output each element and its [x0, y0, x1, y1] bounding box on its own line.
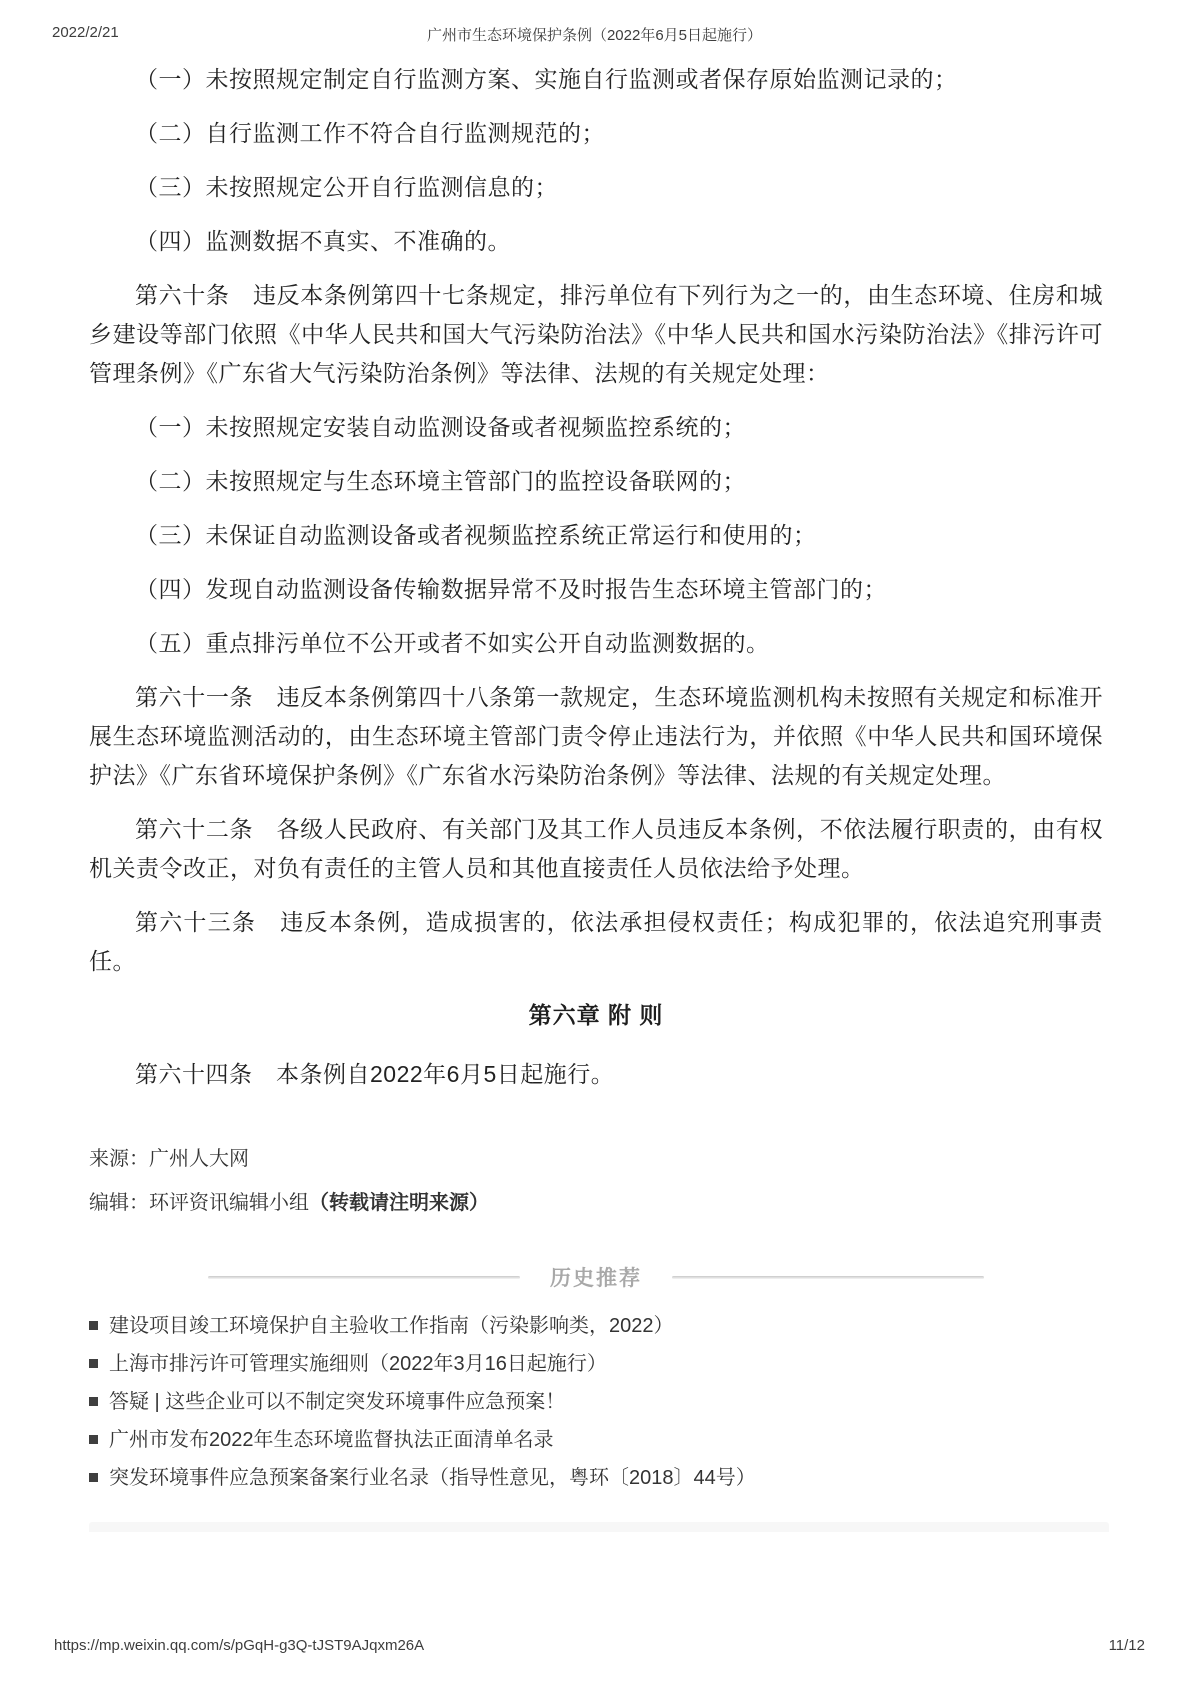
reprint-notice: （转载请注明来源）	[309, 1192, 489, 1214]
history-divider: 历史推荐	[89, 1262, 1103, 1292]
history-item-text: 突发环境事件应急预案备案行业名录（指导性意见，粤环〔2018〕44号）	[109, 1467, 756, 1489]
clause-subitem: （三）未按照规定公开自行监测信息的；	[89, 168, 1103, 207]
chapter-heading: 第六章 附 则	[89, 996, 1103, 1035]
history-list-item: 建设项目竣工环境保护自主验收工作指南（污染影响类，2022）	[89, 1312, 1103, 1340]
history-item-text: 上海市排污许可管理实施细则（2022年3月16日起施行）	[109, 1353, 607, 1375]
history-list: 建设项目竣工环境保护自主验收工作指南（污染影响类，2022） 上海市排污许可管理…	[89, 1312, 1103, 1492]
history-list-item: 答疑 | 这些企业可以不制定突发环境事件应急预案！	[89, 1388, 1103, 1416]
history-item-text: 答疑 | 这些企业可以不制定突发环境事件应急预案！	[109, 1391, 565, 1413]
truncated-next-block	[89, 1522, 1109, 1532]
clause-subitem: （三）未保证自动监测设备或者视频监控系统正常运行和使用的；	[89, 516, 1103, 555]
bullet-square-icon	[89, 1321, 98, 1330]
bullet-square-icon	[89, 1359, 98, 1368]
clause-subitem: （四）监测数据不真实、不准确的。	[89, 222, 1103, 261]
divider-line-left	[208, 1276, 520, 1279]
editor-text: 编辑：环评资讯编辑小组	[89, 1192, 309, 1214]
history-item-text: 广州市发布2022年生态环境监督执法正面清单名录	[109, 1429, 554, 1451]
document-page: 2022/2/21 广州市生态环境保护条例（2022年6月5日起施行） （一）未…	[0, 0, 1189, 1683]
article-content: （一）未按照规定制定自行监测方案、实施自行监测或者保存原始监测记录的； （二）自…	[89, 60, 1103, 1532]
history-list-item: 上海市排污许可管理实施细则（2022年3月16日起施行）	[89, 1350, 1103, 1378]
clause-subitem: （五）重点排污单位不公开或者不如实公开自动监测数据的。	[89, 624, 1103, 663]
clause-subitem: （一）未按照规定制定自行监测方案、实施自行监测或者保存原始监测记录的；	[89, 60, 1103, 99]
bullet-square-icon	[89, 1397, 98, 1406]
document-title: 广州市生态环境保护条例（2022年6月5日起施行）	[0, 24, 1189, 45]
article-clause-61: 第六十一条 违反本条例第四十八条第一款规定，生态环境监测机构未按照有关规定和标准…	[89, 678, 1103, 795]
clause-subitem: （一）未按照规定安装自动监测设备或者视频监控系统的；	[89, 408, 1103, 447]
bullet-square-icon	[89, 1435, 98, 1444]
clause-subitem: （四）发现自动监测设备传输数据异常不及时报告生态环境主管部门的；	[89, 570, 1103, 609]
clause-subitem: （二）未按照规定与生态环境主管部门的监控设备联网的；	[89, 462, 1103, 501]
history-list-item: 广州市发布2022年生态环境监督执法正面清单名录	[89, 1426, 1103, 1454]
print-footer: https://mp.weixin.qq.com/s/pGqH-g3Q-tJST…	[0, 1637, 1189, 1657]
source-line: 来源：广州人大网	[89, 1144, 1103, 1174]
bullet-square-icon	[89, 1473, 98, 1482]
article-clause-63: 第六十三条 违反本条例，造成损害的，依法承担侵权责任；构成犯罪的，依法追究刑事责…	[89, 903, 1103, 981]
clause-subitem: （二）自行监测工作不符合自行监测规范的；	[89, 114, 1103, 153]
history-list-item: 突发环境事件应急预案备案行业名录（指导性意见，粤环〔2018〕44号）	[89, 1464, 1103, 1492]
editor-line: 编辑：环评资讯编辑小组（转载请注明来源）	[89, 1188, 1103, 1218]
print-header: 2022/2/21 广州市生态环境保护条例（2022年6月5日起施行）	[0, 24, 1189, 46]
footer-url: https://mp.weixin.qq.com/s/pGqH-g3Q-tJST…	[54, 1637, 424, 1654]
page-number: 11/12	[1109, 1637, 1145, 1654]
history-section-title: 历史推荐	[550, 1262, 642, 1292]
divider-line-right	[672, 1276, 984, 1279]
article-clause-60: 第六十条 违反本条例第四十七条规定，排污单位有下列行为之一的，由生态环境、住房和…	[89, 276, 1103, 393]
history-item-text: 建设项目竣工环境保护自主验收工作指南（污染影响类，2022）	[109, 1315, 674, 1337]
article-clause-64: 第六十四条 本条例自2022年6月5日起施行。	[89, 1055, 1103, 1094]
article-clause-62: 第六十二条 各级人民政府、有关部门及其工作人员违反本条例，不依法履行职责的，由有…	[89, 810, 1103, 888]
